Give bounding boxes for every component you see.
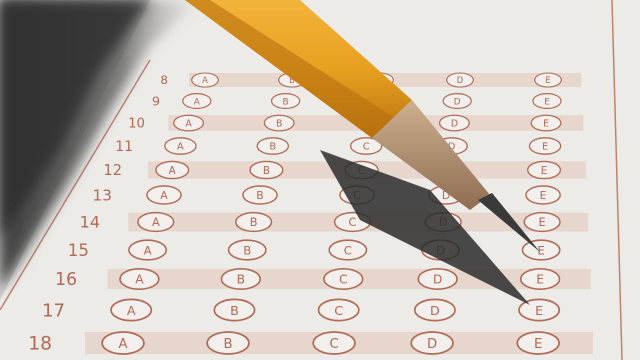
svg-text:D: D: [430, 303, 440, 318]
bubble-11-E[interactable]: E: [529, 138, 560, 154]
bubble-12-B[interactable]: B: [250, 161, 283, 178]
bubble-12-A[interactable]: A: [156, 161, 189, 178]
bubble-8-A[interactable]: A: [192, 73, 219, 87]
bubble-17-D[interactable]: D: [415, 299, 455, 320]
bubble-12-E[interactable]: E: [528, 161, 561, 178]
question-row-18: 18ABCDE: [28, 332, 593, 355]
question-number: 14: [80, 213, 100, 232]
svg-text:A: A: [127, 303, 136, 318]
svg-text:A: A: [160, 189, 168, 202]
bubble-13-E[interactable]: E: [526, 186, 560, 204]
svg-text:C: C: [329, 337, 338, 352]
bubble-13-A[interactable]: A: [147, 186, 181, 204]
svg-text:D: D: [433, 273, 442, 287]
question-number: 16: [55, 270, 77, 290]
bubble-17-B[interactable]: B: [214, 299, 254, 320]
question-number: 11: [115, 139, 133, 155]
bubble-18-C[interactable]: C: [313, 332, 355, 354]
svg-text:D: D: [457, 75, 463, 85]
bubble-9-D[interactable]: D: [443, 94, 471, 109]
bubble-15-A[interactable]: A: [129, 240, 166, 260]
svg-text:B: B: [283, 97, 289, 107]
bubble-9-A[interactable]: A: [183, 94, 211, 109]
svg-text:A: A: [118, 337, 127, 352]
bubble-17-E[interactable]: E: [519, 299, 559, 320]
question-number: 15: [68, 241, 89, 260]
svg-text:E: E: [543, 119, 549, 130]
svg-text:C: C: [344, 243, 352, 257]
svg-text:A: A: [202, 75, 208, 85]
bubble-16-B[interactable]: B: [221, 269, 260, 289]
question-number: 17: [42, 300, 65, 321]
answer-sheet-photo: 8ABCDE9ABCDE10ABCDE11ABCDE12ABCDE13ABCDE…: [0, 0, 640, 360]
bubble-14-B[interactable]: B: [236, 213, 272, 232]
bubble-18-A[interactable]: A: [102, 332, 144, 354]
svg-text:A: A: [194, 97, 200, 107]
svg-text:E: E: [535, 303, 543, 318]
svg-text:A: A: [144, 243, 152, 257]
svg-text:E: E: [534, 337, 542, 352]
bubble-8-D[interactable]: D: [447, 73, 474, 87]
svg-text:B: B: [243, 243, 251, 257]
question-number: 18: [28, 334, 52, 355]
svg-text:B: B: [256, 189, 263, 202]
bubble-18-B[interactable]: B: [207, 332, 249, 354]
bubble-14-E[interactable]: E: [524, 213, 560, 232]
question-number: 13: [93, 186, 112, 204]
svg-text:D: D: [427, 337, 437, 352]
bubble-14-A[interactable]: A: [138, 213, 174, 232]
svg-text:B: B: [263, 165, 270, 177]
question-number: 9: [152, 93, 160, 108]
bubble-9-B[interactable]: B: [272, 94, 300, 109]
question-number: 8: [160, 73, 168, 87]
bubble-10-B[interactable]: B: [264, 115, 294, 131]
svg-text:B: B: [276, 119, 282, 130]
photo-scene: 8ABCDE9ABCDE10ABCDE11ABCDE12ABCDE13ABCDE…: [0, 0, 640, 360]
svg-text:A: A: [169, 165, 176, 177]
svg-text:B: B: [230, 303, 239, 318]
bubble-11-B[interactable]: B: [257, 138, 288, 154]
svg-text:E: E: [545, 75, 550, 85]
svg-text:D: D: [451, 119, 458, 130]
svg-text:A: A: [185, 119, 192, 130]
svg-text:C: C: [334, 303, 343, 318]
svg-text:E: E: [536, 273, 544, 287]
bubble-16-C[interactable]: C: [324, 269, 363, 289]
bubble-10-E[interactable]: E: [531, 115, 561, 131]
bubble-17-C[interactable]: C: [319, 299, 359, 320]
bubble-16-E[interactable]: E: [521, 269, 560, 289]
bubble-15-C[interactable]: C: [329, 240, 366, 260]
svg-text:A: A: [177, 142, 184, 153]
bubble-11-A[interactable]: A: [165, 138, 196, 154]
svg-text:E: E: [541, 165, 548, 177]
svg-text:E: E: [539, 216, 546, 229]
svg-text:D: D: [454, 97, 461, 107]
svg-text:E: E: [540, 189, 547, 202]
bubble-15-B[interactable]: B: [229, 240, 266, 260]
svg-text:B: B: [237, 273, 245, 287]
svg-text:A: A: [152, 216, 160, 229]
svg-text:B: B: [224, 337, 233, 352]
svg-text:B: B: [269, 142, 276, 153]
bubble-16-A[interactable]: A: [120, 269, 159, 289]
bubble-9-E[interactable]: E: [533, 94, 561, 109]
bubble-16-D[interactable]: D: [418, 269, 457, 289]
svg-text:C: C: [349, 216, 357, 229]
svg-text:C: C: [363, 142, 370, 153]
svg-text:E: E: [544, 97, 550, 107]
bubble-10-D[interactable]: D: [440, 115, 470, 131]
svg-text:B: B: [250, 216, 258, 229]
bubble-18-E[interactable]: E: [517, 332, 559, 354]
question-number: 10: [128, 117, 145, 132]
bubble-10-A[interactable]: A: [174, 115, 204, 131]
bubble-17-A[interactable]: A: [111, 299, 151, 320]
svg-text:A: A: [135, 273, 144, 287]
bubble-15-E[interactable]: E: [522, 240, 559, 260]
svg-text:E: E: [542, 142, 548, 153]
bubble-18-D[interactable]: D: [411, 332, 453, 354]
svg-text:C: C: [339, 273, 348, 287]
bubble-13-B[interactable]: B: [243, 186, 277, 204]
question-number: 12: [103, 162, 122, 179]
bubble-8-E[interactable]: E: [535, 73, 562, 87]
